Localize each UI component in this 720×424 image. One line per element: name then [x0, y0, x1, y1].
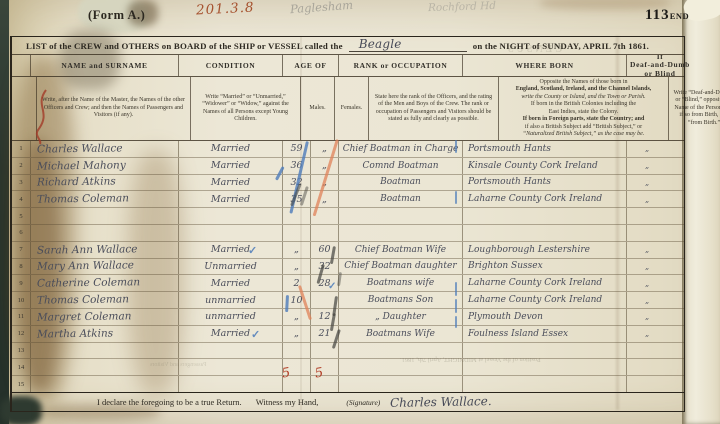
table-row: 11Margret Colemanunmarried„12„ DaughterP…: [12, 309, 684, 326]
age-male-cell: [283, 343, 311, 359]
row-number-text: 4: [19, 196, 22, 203]
age-female-cell: „: [311, 175, 339, 191]
title-pre: LIST of the CREW and OTHERS on BOARD of …: [26, 41, 343, 51]
book-spine-edge: [0, 0, 9, 424]
name-cell-text: Mary Ann Wallace: [31, 260, 134, 273]
condition-cell: [179, 225, 283, 241]
condition-cell: Married: [179, 158, 283, 174]
stamp-number: 113: [645, 7, 670, 23]
deaf-cell: „: [627, 292, 691, 308]
row-number: 8: [12, 259, 31, 275]
rank-cell-text: Boatmans wife: [367, 278, 434, 288]
condition-cell: Married: [179, 275, 283, 291]
table-row: 2Michael MahonyMarried36„Comnd BoatmanKi…: [12, 158, 684, 175]
name-cell-text: Margret Coleman: [31, 310, 132, 323]
condition-cell-text: Married: [211, 244, 250, 255]
declaration-row: I declare the foregoing to be a true Ret…: [12, 392, 684, 411]
row-number: 9: [12, 275, 31, 291]
rank-cell: [339, 208, 463, 224]
name-cell-text: Sarah Ann Wallace: [31, 243, 138, 256]
condition-cell: Married: [179, 141, 283, 157]
age-female-cell-text: „: [322, 177, 327, 188]
age-female-cell: [311, 208, 339, 224]
rank-cell-text: Chief Boatman daughter: [344, 261, 456, 271]
born-cell-text: Laharne County Cork Ireland: [463, 194, 602, 204]
name-cell-text: Thomas Coleman: [31, 293, 129, 306]
row-number: 6: [12, 225, 31, 241]
ship-name-handwritten: Beagle: [349, 37, 467, 52]
born-cell-text: Laharne County Cork Ireland: [463, 278, 602, 288]
rank-instructions: State here the rank of the Officers, and…: [369, 77, 499, 140]
row-number-text: 13: [18, 347, 25, 354]
deaf-cell-text: „: [627, 245, 649, 254]
row-number: 13: [12, 343, 31, 359]
signature-handwritten: Charles Wallace.: [390, 394, 492, 410]
condition-cell: unmarried: [179, 292, 283, 308]
name-cell-text: Thomas Coleman: [31, 193, 129, 206]
condition-cell: Married: [179, 191, 283, 207]
row-number: 2: [12, 158, 31, 174]
rank-cell: Boatmans Wife: [339, 326, 463, 342]
table-row: 9Catherine ColemanMarried228Boatmans wif…: [12, 275, 684, 292]
name-cell: Sarah Ann Wallace: [31, 242, 179, 258]
deaf-blind-header: If Deaf-and-Dumb or Blind: [627, 55, 693, 76]
age-male-cell: [283, 359, 311, 375]
rank-cell-text: Chief Boatman in Charge: [343, 144, 459, 154]
born-cell: [463, 359, 627, 375]
rank-cell: Chief Boatman daughter: [339, 259, 463, 275]
age-male-cell-text: 32: [290, 177, 302, 188]
born-instr-line: if also a British Subject add “British S…: [525, 124, 642, 132]
row-number-text: 12: [18, 330, 25, 337]
age-male-cell-text: „: [294, 261, 299, 272]
born-cell-text: Plymouth Devon: [463, 312, 543, 322]
deaf-instructions: Write “Deaf-and-Dumb,” or “Blind,” oppos…: [669, 77, 720, 140]
name-cell-text: Catherine Coleman: [31, 277, 140, 291]
rank-cell: Chief Boatman Wife: [339, 242, 463, 258]
deaf-cell-text: „: [627, 262, 649, 271]
condition-cell: Unmarried: [179, 259, 283, 275]
condition-cell: [179, 376, 283, 392]
rank-cell-text: Boatman: [380, 177, 421, 187]
age-female-cell: 28: [311, 275, 339, 291]
rank-cell-text: Boatmans Wife: [366, 329, 435, 339]
name-cell: Catherine Coleman: [31, 275, 179, 291]
deaf-cell: „: [627, 242, 691, 258]
deaf-cell: „: [627, 141, 691, 157]
born-cell-text: Portsmouth Hants: [463, 144, 551, 154]
born-instr-line: Opposite the Names of those born in: [540, 79, 628, 87]
name-cell: [31, 208, 179, 224]
rank-cell: [339, 359, 463, 375]
condition-cell: [179, 208, 283, 224]
born-cell-text: Foulness Island Essex: [463, 329, 568, 339]
table-row: 12Martha AtkinsMarried„21Boatmans WifeFo…: [12, 326, 684, 343]
born-cell: Kinsale County Cork Ireland: [463, 158, 627, 174]
table-title: LIST of the CREW and OTHERS on BOARD of …: [12, 37, 684, 55]
name-cell: [31, 376, 179, 392]
condition-cell-text: Married: [211, 160, 250, 171]
age-male-cell-text: „: [294, 244, 299, 255]
born-instr-line: If born in the British Colonies includin…: [531, 101, 636, 109]
row-number: 4: [12, 191, 31, 207]
row-number-header: [12, 55, 31, 76]
born-cell-text: Brighton Sussex: [463, 261, 543, 271]
row-number-instr: [12, 77, 37, 140]
born-cell: [463, 208, 627, 224]
signature-label: (Signature): [346, 398, 380, 407]
age-male-cell-text: 59: [290, 143, 302, 154]
name-cell: Charles Wallace: [31, 141, 179, 157]
condition-instructions: Write “Married” or “Unmarried,” “Widower…: [191, 77, 301, 140]
born-cell: [463, 376, 627, 392]
born-cell: Portsmouth Hants: [463, 141, 627, 157]
age-female-cell: [311, 359, 339, 375]
deaf-cell-text: „: [627, 178, 649, 187]
row-number: 1: [12, 141, 31, 157]
name-cell: Thomas Coleman: [31, 292, 179, 308]
deaf-cell: „: [627, 191, 691, 207]
born-instr-line: “Naturalized British Subject,” as the ca…: [523, 131, 645, 139]
age-female-cell: [311, 376, 339, 392]
born-cell: Plymouth Devon: [463, 309, 627, 325]
age-female-cell: [311, 225, 339, 241]
age-male-cell: 36: [283, 158, 311, 174]
deaf-cell: „: [627, 175, 691, 191]
condition-cell: Married: [179, 326, 283, 342]
age-female-cell: [311, 292, 339, 308]
age-male-cell: „: [283, 309, 311, 325]
age-female-cell: [311, 343, 339, 359]
deaf-cell-text: „: [627, 329, 649, 338]
name-cell: Michael Mahony: [31, 158, 179, 174]
age-female-cell: 32: [311, 259, 339, 275]
age-female-cell: „: [311, 191, 339, 207]
table-row: 8Mary Ann WallaceUnmarried„32Chief Boatm…: [12, 259, 684, 276]
row-number: 12: [12, 326, 31, 342]
row-number: 3: [12, 175, 31, 191]
age-female-cell: 12: [311, 309, 339, 325]
name-cell: [31, 343, 179, 359]
born-cell-text: Laharne County Cork Ireland: [463, 295, 602, 305]
age-male-cell: [283, 225, 311, 241]
age-male-cell: [283, 208, 311, 224]
table-row: 5: [12, 208, 684, 225]
row-number-text: 1: [19, 145, 22, 152]
name-cell-text: Martha Atkins: [31, 327, 113, 340]
age-male-cell: „: [283, 242, 311, 258]
born-cell: [463, 343, 627, 359]
where-born-header: WHERE BORN: [463, 55, 627, 76]
deaf-cell-text: „: [627, 195, 649, 204]
age-male-cell: 10: [283, 292, 311, 308]
rank-cell-text: Chief Boatman Wife: [355, 245, 446, 255]
born-cell: Portsmouth Hants: [463, 175, 627, 191]
age-male-cell: 35: [283, 191, 311, 207]
age-male-cell: [283, 376, 311, 392]
condition-cell-text: Unmarried: [204, 261, 257, 272]
name-cell-text: Richard Atkins: [31, 176, 116, 189]
deaf-cell: [627, 208, 691, 224]
row-number-text: 8: [19, 263, 22, 270]
age-female-cell-text: „: [322, 160, 327, 171]
born-cell: Brighton Sussex: [463, 259, 627, 275]
age-female-cell-text: „: [322, 143, 327, 154]
deaf-header-line: or Blind: [644, 70, 675, 76]
row-number: 10: [12, 292, 31, 308]
age-female-cell: „: [311, 158, 339, 174]
rank-cell: Comnd Boatman: [339, 158, 463, 174]
condition-cell-text: unmarried: [205, 311, 256, 322]
age-male-cell-text: „: [294, 328, 299, 339]
row-number: 15: [12, 376, 31, 392]
column-headers: NAME and SURNAME CONDITION AGE OF RANK o…: [12, 55, 684, 77]
age-female-cell: 60: [311, 242, 339, 258]
born-instr-line: England, Scotland, Ireland, and the Chan…: [516, 86, 652, 94]
condition-cell-text: unmarried: [205, 295, 256, 306]
condition-cell-text: Married: [211, 177, 250, 188]
row-number-text: 15: [18, 381, 25, 388]
scanned-census-form: (Form A.) 201.3.8 Paglesham Rochford Hd …: [0, 0, 720, 424]
age-female-cell-text: „: [322, 194, 327, 205]
row-number: 11: [12, 309, 31, 325]
age-female-cell: „: [311, 141, 339, 157]
table-row: 7Sarah Ann WallaceMarried„60Chief Boatma…: [12, 242, 684, 259]
title-post: on the NIGHT of SUNDAY, APRIL 7th 1861.: [473, 41, 649, 51]
row-number: 5: [12, 208, 31, 224]
deaf-cell: „: [627, 275, 691, 291]
born-cell-text: Kinsale County Cork Ireland: [463, 161, 598, 171]
row-number: 14: [12, 359, 31, 375]
name-instructions: Write, after the Name of the Master, the…: [37, 77, 191, 140]
table-row: 14: [12, 359, 684, 376]
name-cell-text: Charles Wallace: [31, 142, 123, 155]
rank-cell: [339, 343, 463, 359]
page-number-stamp: 113END: [645, 6, 689, 24]
declaration-text: I declare the foregoing to be a true Ret…: [97, 397, 242, 407]
born-instr-line: East Indies, state the Colony.: [549, 109, 619, 117]
age-male-cell: 59: [283, 141, 311, 157]
born-cell: Laharne County Cork Ireland: [463, 191, 627, 207]
age-male-cell: 2: [283, 275, 311, 291]
rank-cell: [339, 376, 463, 392]
condition-cell-text: Married: [211, 278, 250, 289]
deaf-cell: [627, 376, 691, 392]
name-cell: [31, 359, 179, 375]
age-female-cell-text: 32: [318, 261, 330, 272]
age-male-cell-text: 35: [290, 194, 302, 205]
row-number-text: 2: [19, 162, 22, 169]
rank-cell: „ Daughter: [339, 309, 463, 325]
condition-cell-text: Married: [211, 328, 250, 339]
rank-cell: Boatman: [339, 191, 463, 207]
census-table: LIST of the CREW and OTHERS on BOARD of …: [10, 36, 685, 412]
born-cell: [463, 225, 627, 241]
witness-text: Witness my Hand,: [256, 397, 319, 407]
condition-cell-text: Married: [211, 194, 250, 205]
males-subheader: Males.: [301, 77, 335, 140]
name-cell: Thomas Coleman: [31, 191, 179, 207]
born-instructions: Opposite the Names of those born in Engl…: [499, 77, 669, 140]
row-number-text: 5: [19, 213, 22, 220]
row-number-text: 9: [19, 280, 22, 287]
born-cell: Laharne County Cork Ireland: [463, 275, 627, 291]
table-row: 13: [12, 343, 684, 360]
rank-cell: Boatmans wife: [339, 275, 463, 291]
pencil-district-note: Rochford Hd: [428, 0, 496, 14]
name-cell: Margret Coleman: [31, 309, 179, 325]
row-number-text: 11: [18, 313, 24, 320]
name-cell: [31, 225, 179, 241]
age-male-cell: „: [283, 326, 311, 342]
name-cell: Martha Atkins: [31, 326, 179, 342]
females-subheader: Females.: [335, 77, 369, 140]
age-female-cell: 21: [311, 326, 339, 342]
age-male-cell-text: 36: [290, 160, 302, 171]
age-male-cell-text: 2: [293, 278, 299, 289]
deaf-cell: „: [627, 309, 691, 325]
condition-cell: [179, 343, 283, 359]
stamp-suffix: END: [670, 11, 689, 21]
age-male-cell-text: 10: [290, 295, 302, 306]
reference-number-handwritten: 201.3.8: [196, 0, 255, 19]
deaf-cell-text: „: [627, 279, 649, 288]
condition-cell-text: Married: [211, 143, 250, 154]
age-header: AGE OF: [283, 55, 339, 76]
rank-header: RANK or OCCUPATION: [339, 55, 463, 76]
table-row: 1Charles WallaceMarried59„Chief Boatman …: [12, 141, 684, 158]
row-number-text: 6: [19, 229, 22, 236]
rank-cell-text: Comnd Boatman: [363, 161, 439, 171]
born-cell: Foulness Island Essex: [463, 326, 627, 342]
condition-cell: [179, 359, 283, 375]
born-cell-text: Portsmouth Hants: [463, 177, 551, 187]
born-cell: Loughborough Lestershire: [463, 242, 627, 258]
name-cell-text: Michael Mahony: [31, 159, 126, 172]
deaf-cell: „: [627, 259, 691, 275]
rank-cell: [339, 225, 463, 241]
rank-cell: Chief Boatman in Charge: [339, 141, 463, 157]
condition-header: CONDITION: [179, 55, 283, 76]
age-female-cell-text: 12: [318, 311, 330, 322]
age-female-cell-text: 21: [318, 328, 330, 339]
deaf-cell-text: „: [627, 296, 649, 305]
age-male-cell: „: [283, 259, 311, 275]
column-instructions: Write, after the Name of the Master, the…: [12, 77, 684, 141]
born-instr-line: write the County or Island, and the Town…: [521, 94, 645, 102]
deaf-cell-text: „: [627, 312, 649, 321]
born-instr-line: If born in Foreign parts, state the Coun…: [523, 116, 645, 124]
born-cell: Laharne County Cork Ireland: [463, 292, 627, 308]
table-row: 6: [12, 225, 684, 242]
deaf-cell: [627, 225, 691, 241]
name-cell: Richard Atkins: [31, 175, 179, 191]
form-label: (Form A.): [88, 8, 145, 23]
born-cell-text: Loughborough Lestershire: [463, 245, 590, 255]
row-number-text: 10: [18, 297, 25, 304]
name-cell: Mary Ann Wallace: [31, 259, 179, 275]
deaf-cell: [627, 359, 691, 375]
table-row: 10Thomas Colemanunmarried10Boatmans SonL…: [12, 292, 684, 309]
table-row: 4Thomas ColemanMarried35„BoatmanLaharne …: [12, 191, 684, 208]
age-male-cell: 32: [283, 175, 311, 191]
rank-cell-text: Boatman: [380, 194, 421, 204]
row-number-text: 3: [19, 179, 22, 186]
rank-cell: Boatman: [339, 175, 463, 191]
age-female-cell-text: 28: [318, 278, 330, 289]
row-number-text: 7: [19, 246, 22, 253]
deaf-cell-text: „: [627, 161, 649, 170]
name-header: NAME and SURNAME: [31, 55, 179, 76]
deaf-cell: [627, 343, 691, 359]
deaf-cell: „: [627, 158, 691, 174]
age-female-cell-text: 60: [318, 244, 330, 255]
rank-cell-text: „ Daughter: [375, 312, 426, 322]
deaf-cell-text: „: [627, 144, 649, 153]
row-number: 7: [12, 242, 31, 258]
condition-cell: unmarried: [179, 309, 283, 325]
table-body: 1Charles WallaceMarried59„Chief Boatman …: [12, 141, 684, 392]
condition-cell: Married: [179, 242, 283, 258]
table-row: 15: [12, 376, 684, 392]
condition-cell: Married: [179, 175, 283, 191]
deaf-cell: „: [627, 326, 691, 342]
age-male-cell-text: „: [294, 311, 299, 322]
table-row: 3Richard AtkinsMarried32„BoatmanPortsmou…: [12, 175, 684, 192]
rank-cell: Boatmans Son: [339, 292, 463, 308]
row-number-text: 14: [18, 364, 25, 371]
rank-cell-text: Boatmans Son: [368, 295, 434, 305]
